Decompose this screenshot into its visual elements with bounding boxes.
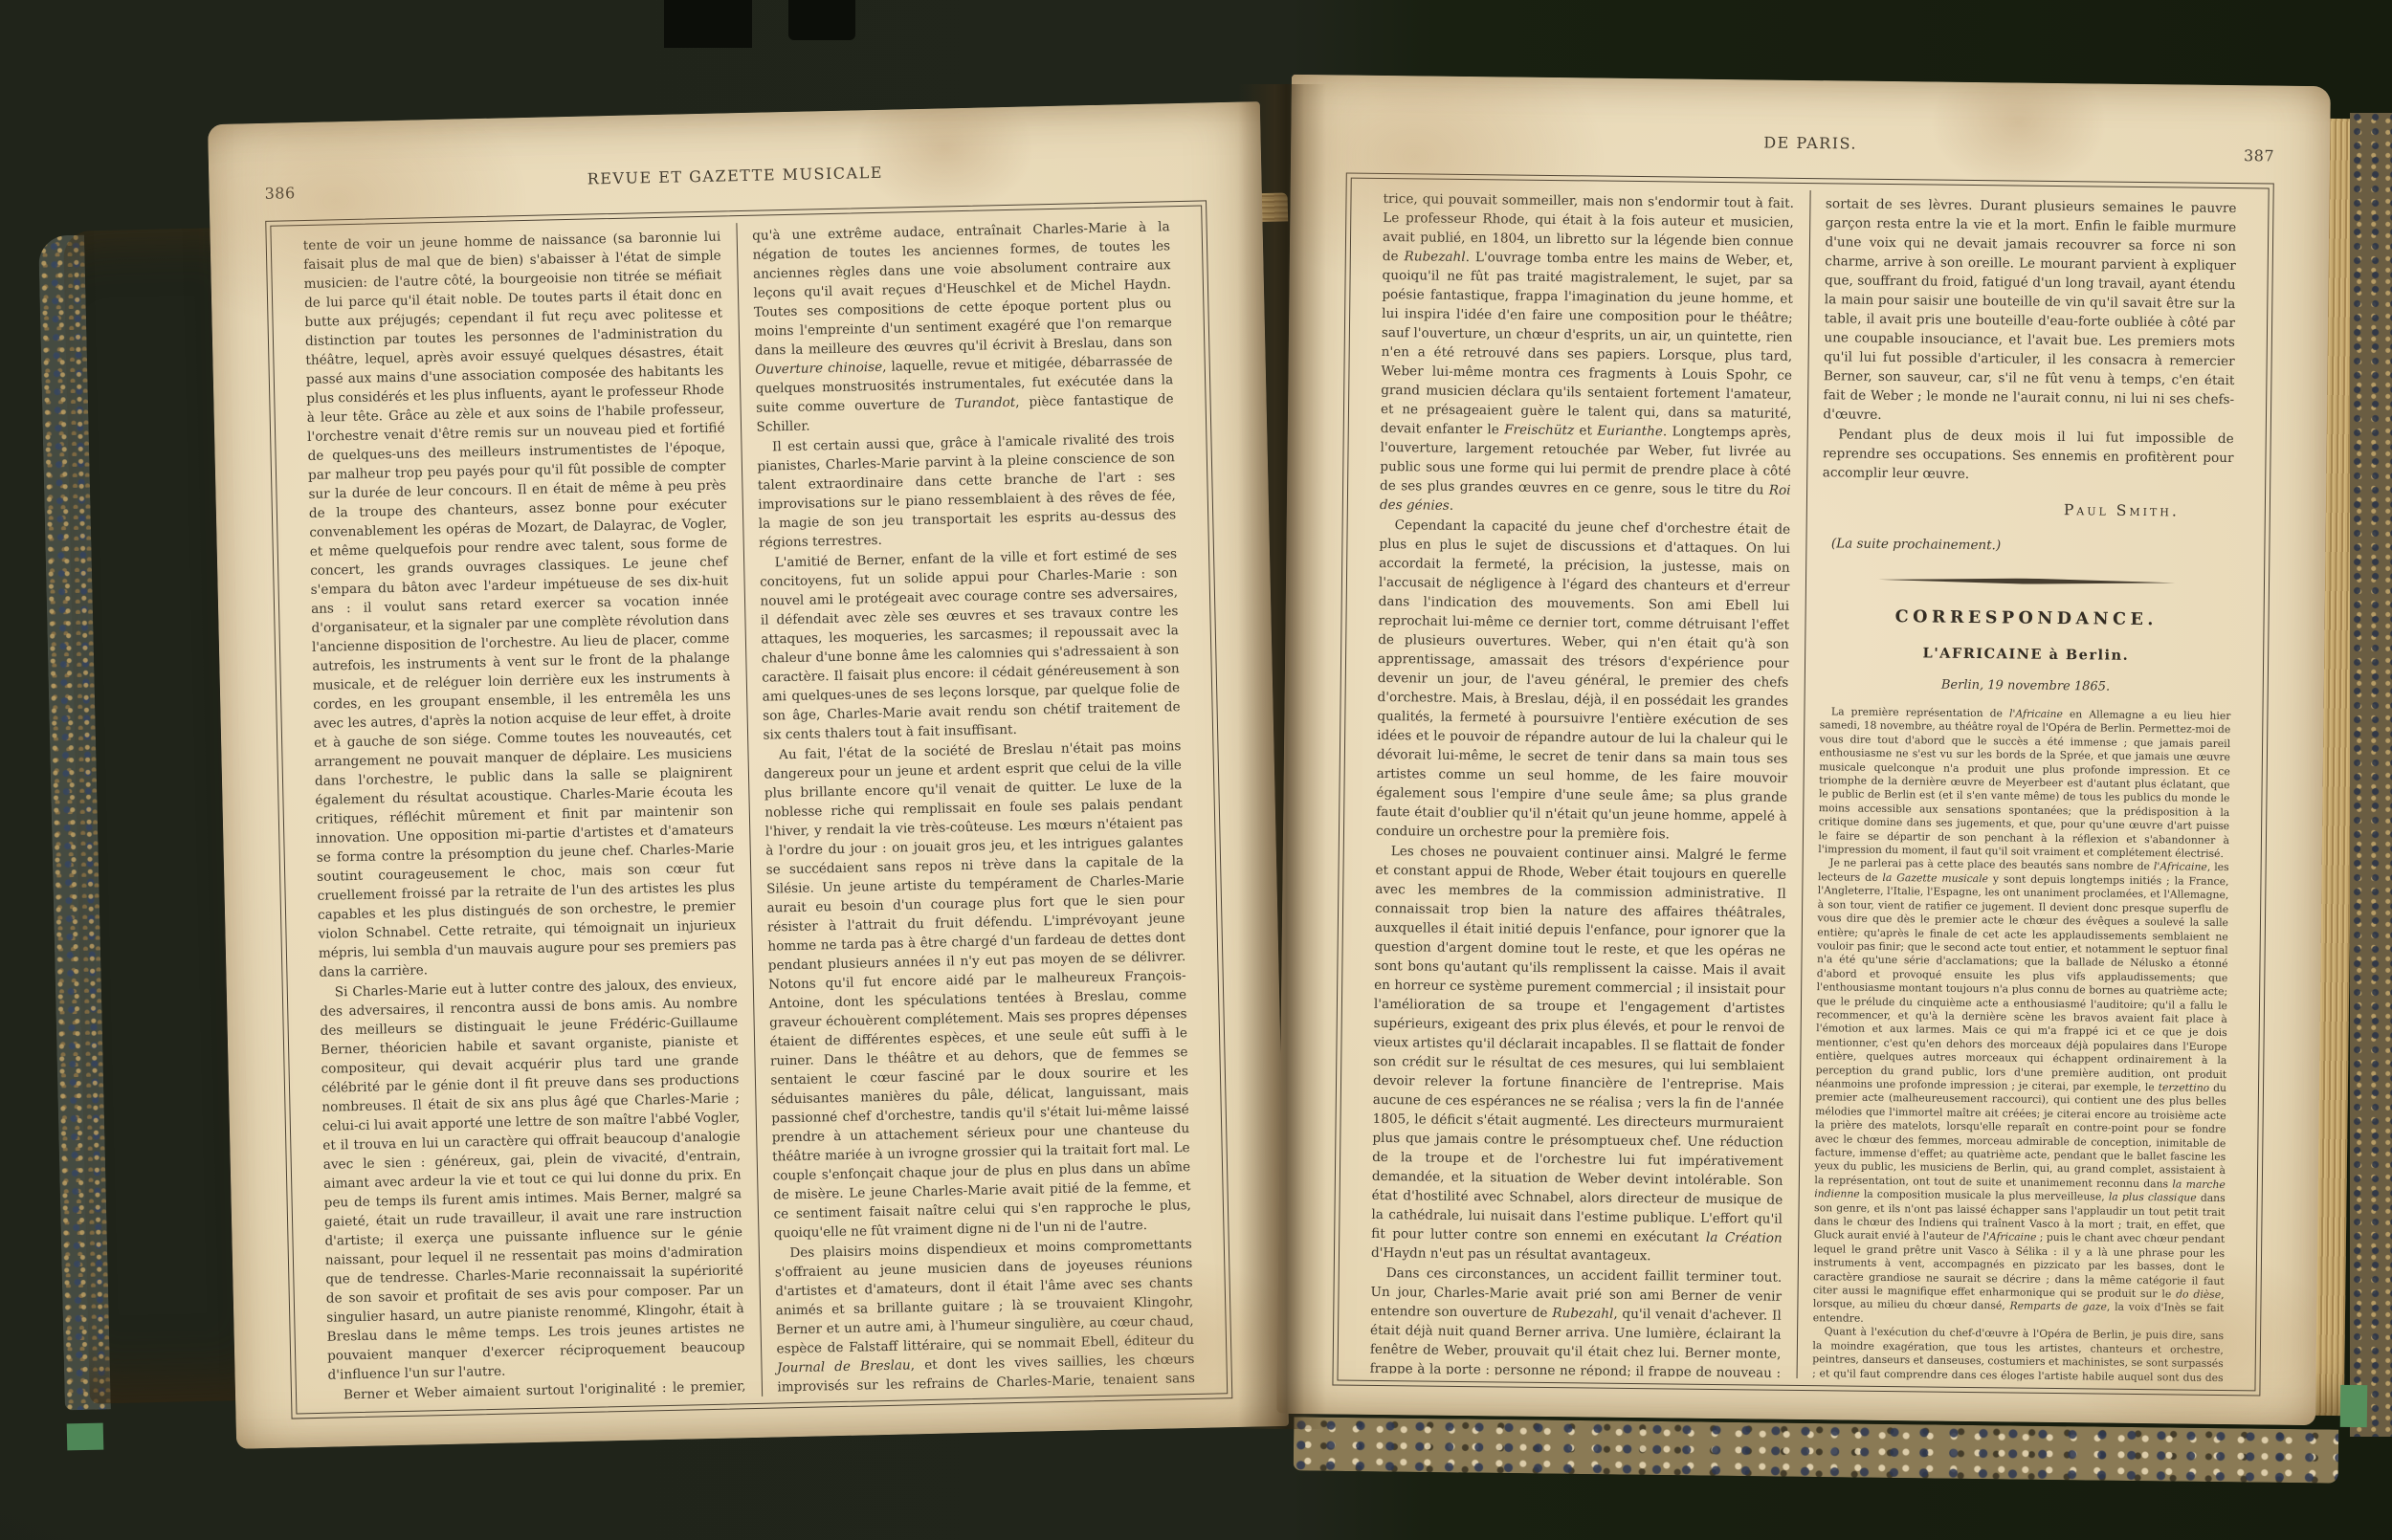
text-frame: trice, qui pouvait sommeiller, mais non …: [1332, 173, 2273, 1397]
left-page: 386 REVUE ET GAZETTE MUSICALE tente de v…: [208, 101, 1289, 1449]
marbled-endpaper-bottom: [1294, 1417, 2339, 1483]
marbled-cover-right: [2350, 113, 2392, 1437]
page-fore-edge-left: [63, 228, 239, 1403]
left-page-column-1: tente de voir un jeune homme de naissanc…: [288, 223, 762, 1406]
page-number: 386: [264, 184, 295, 203]
running-title: REVUE ET GAZETTE MUSICALE: [270, 157, 1200, 195]
article-end: sortait de ses lèvres. Durant plusieurs …: [1823, 194, 2237, 487]
continuation-note: (La suite prochainement.): [1831, 534, 2233, 558]
right-page-column-1: trice, qui pouvait sommeiller, mais non …: [1355, 186, 1810, 1378]
correspondence-text: La première représentation de l'Africain…: [1812, 705, 2231, 1383]
dateline: Berlin, 19 novembre 1865.: [1820, 674, 2231, 698]
article-heading: L'AFRICAINE à Berlin.: [1821, 643, 2232, 667]
author-signature: Paul Smith.: [1822, 497, 2233, 521]
binding-clip: [788, 0, 855, 40]
page-number: 387: [2244, 146, 2274, 165]
cover-corner-accent: [2340, 1385, 2368, 1427]
running-title: DE PARIS.: [1352, 129, 2269, 158]
right-page-header: 387 DE PARIS.: [1352, 76, 2270, 184]
photo-background: 386 REVUE ET GAZETTE MUSICALE tente de v…: [0, 0, 2392, 1540]
cover-corner-accent: [67, 1423, 104, 1451]
section-heading: CORRESPONDANCE.: [1821, 606, 2232, 630]
binding-clip: [664, 0, 752, 48]
right-page-column-2: sortait de ses lèvres. Durant plusieurs …: [1796, 190, 2252, 1383]
text-frame: tente de voir un jeune homme de naissanc…: [265, 200, 1232, 1419]
left-page-column-2: qu'à une extrême audace, entraînait Char…: [736, 213, 1210, 1397]
swelled-rule-ornament: [1878, 577, 2175, 586]
right-page: 387 DE PARIS. trice, qui pouvait sommeil…: [1276, 75, 2331, 1425]
